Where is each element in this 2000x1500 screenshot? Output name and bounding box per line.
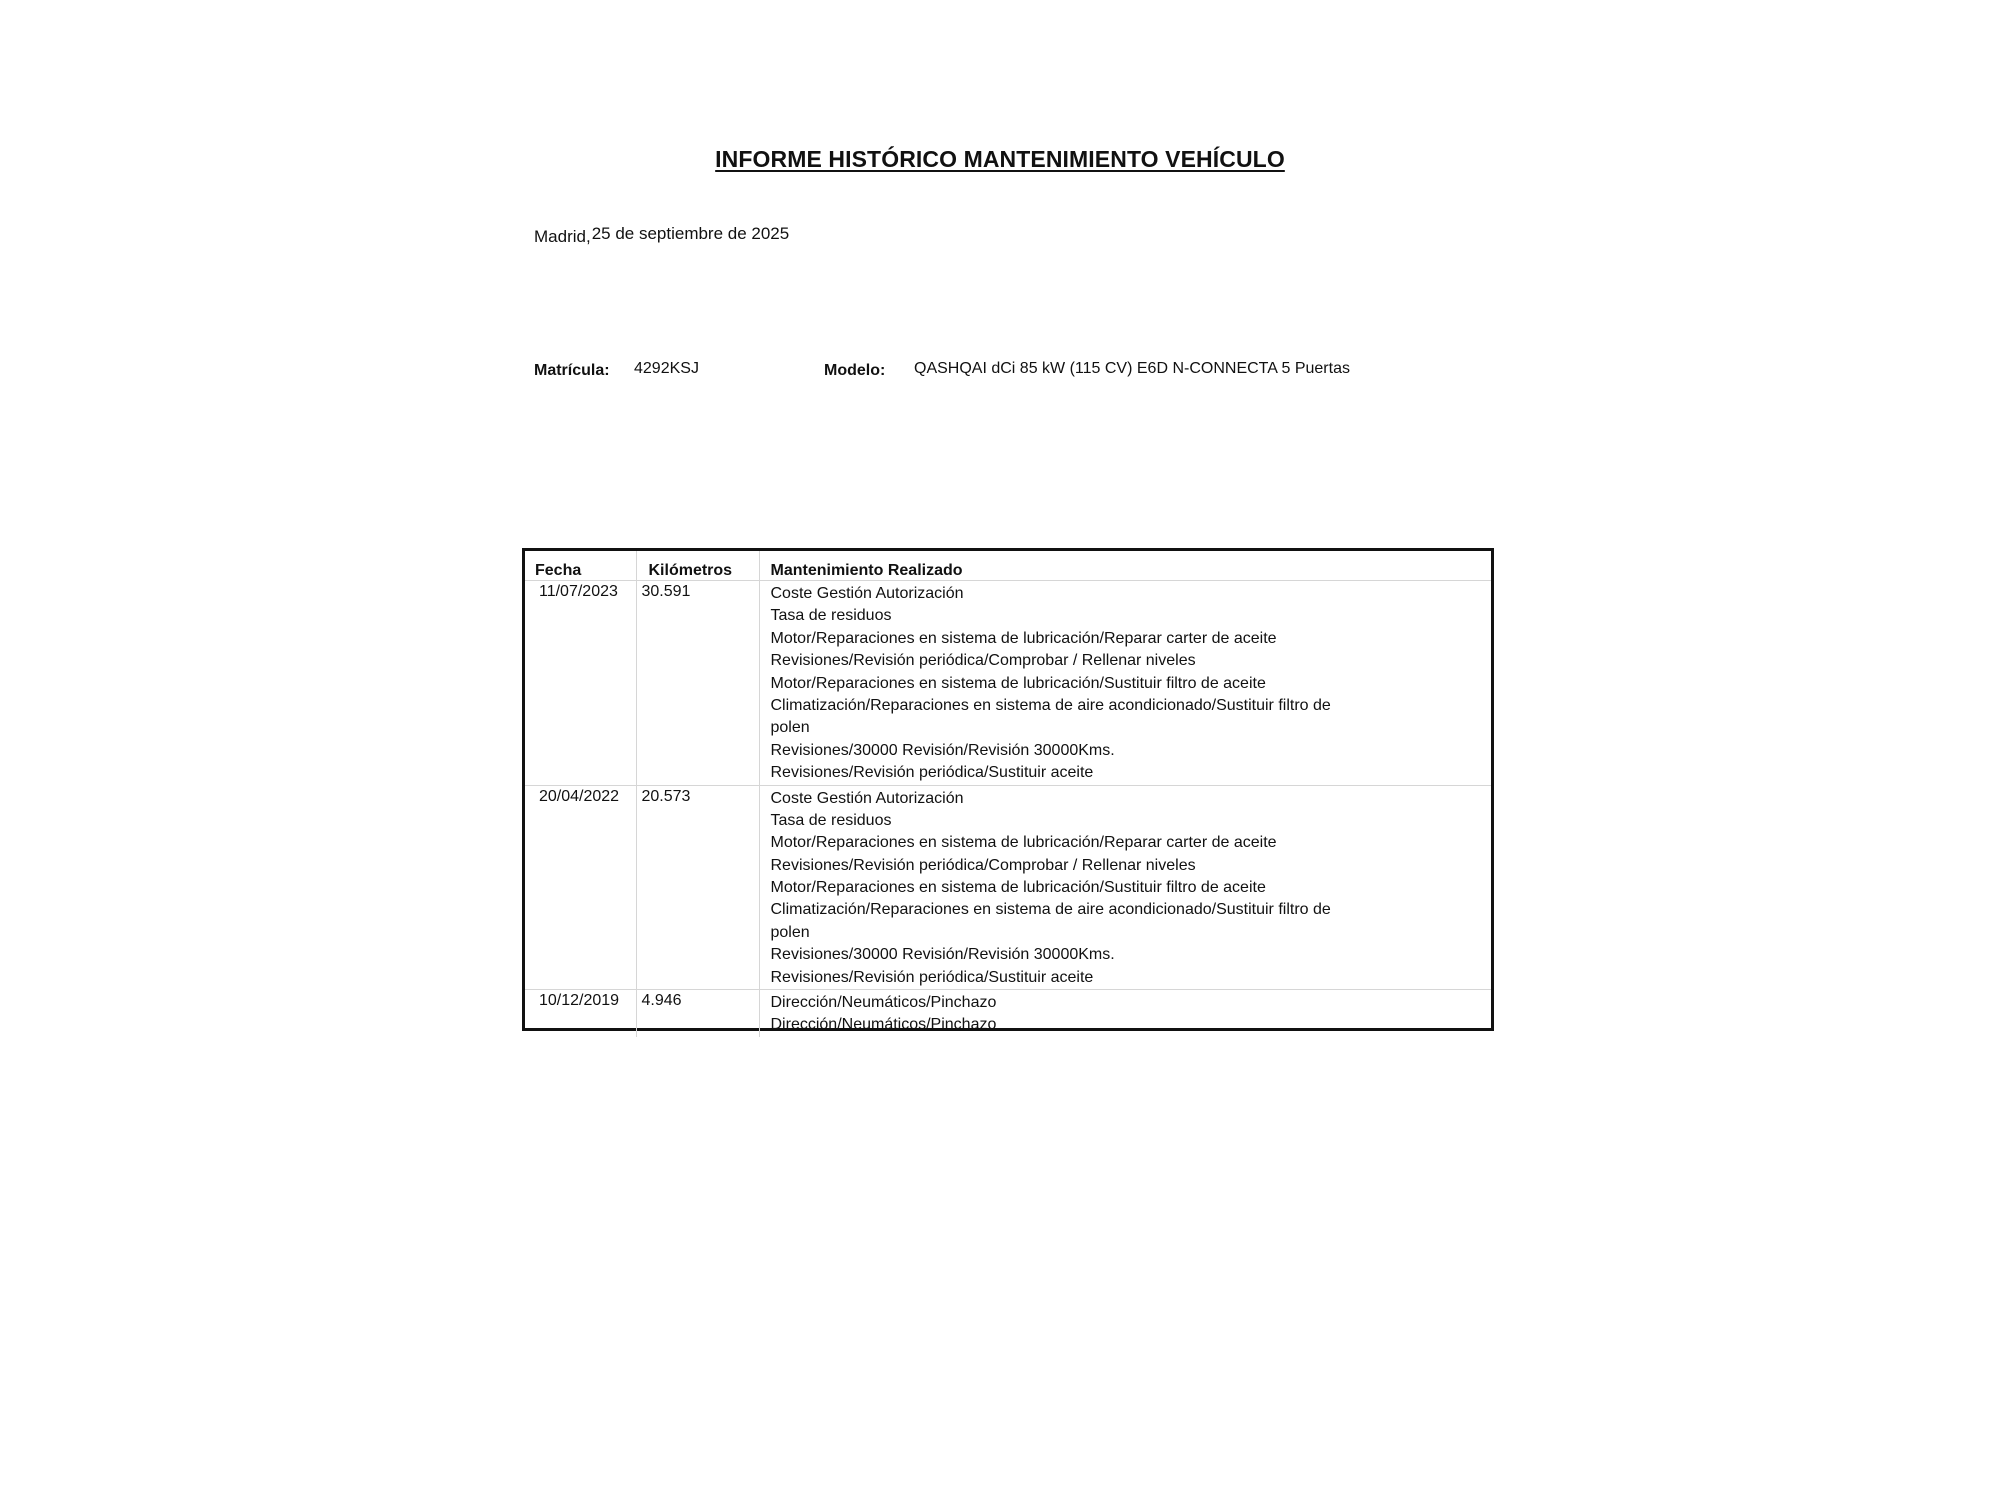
maintenance-item: Climatización/Reparaciones en sistema de… [771, 899, 1492, 921]
maintenance-table: Fecha Kilómetros Mantenimiento Realizado… [522, 548, 1494, 1031]
maintenance-item: Climatización/Reparaciones en sistema de… [771, 695, 1492, 717]
header-maintenance: Mantenimiento Realizado [759, 551, 1491, 581]
row-date: 20/04/2022 [525, 785, 636, 990]
maintenance-item: Revisiones/Revisión periódica/Comprobar … [771, 650, 1492, 672]
maintenance-item: Motor/Reparaciones en sistema de lubrica… [771, 628, 1492, 650]
city: Madrid, [534, 227, 591, 246]
table-row: 10/12/20194.946Dirección/Neumáticos/Pinc… [525, 990, 1491, 1037]
model-value: QASHQAI dCi 85 kW (115 CV) E6D N-CONNECT… [914, 360, 1350, 378]
model-label: Modelo: [824, 362, 885, 380]
maintenance-item: Coste Gestión Autorización [771, 788, 1492, 810]
maintenance-item: Revisiones/Revisión periódica/Sustituir … [771, 762, 1492, 784]
table-row: 11/07/202330.591Coste Gestión Autorizaci… [525, 581, 1491, 786]
place-date: Madrid,25 de septiembre de 2025 [534, 224, 789, 244]
row-date: 10/12/2019 [525, 990, 636, 1037]
maintenance-item: Revisiones/30000 Revisión/Revisión 30000… [771, 740, 1492, 762]
maintenance-item: Revisiones/Revisión periódica/Sustituir … [771, 967, 1492, 989]
maintenance-item: polen [771, 922, 1492, 944]
plate-value: 4292KSJ [634, 360, 699, 378]
row-km: 4.946 [636, 990, 759, 1037]
maintenance-item: Motor/Reparaciones en sistema de lubrica… [771, 877, 1492, 899]
row-maintenance: Coste Gestión AutorizaciónTasa de residu… [759, 785, 1491, 990]
row-km: 30.591 [636, 581, 759, 786]
maintenance-item: Revisiones/30000 Revisión/Revisión 30000… [771, 944, 1492, 966]
maintenance-item: Revisiones/Revisión periódica/Comprobar … [771, 855, 1492, 877]
row-maintenance: Coste Gestión AutorizaciónTasa de residu… [759, 581, 1491, 786]
row-maintenance: Dirección/Neumáticos/PinchazoDirección/N… [759, 990, 1491, 1037]
row-km: 20.573 [636, 785, 759, 990]
maintenance-item: Dirección/Neumáticos/Pinchazo [771, 1014, 1492, 1036]
table-header-row: Fecha Kilómetros Mantenimiento Realizado [525, 551, 1491, 581]
maintenance-item: Tasa de residuos [771, 605, 1492, 627]
report-date: 25 de septiembre de 2025 [592, 224, 790, 243]
report-title: INFORME HISTÓRICO MANTENIMIENTO VEHÍCULO [0, 146, 2000, 173]
header-km: Kilómetros [636, 551, 759, 581]
maintenance-item: Dirección/Neumáticos/Pinchazo [771, 992, 1492, 1014]
maintenance-item: polen [771, 717, 1492, 739]
row-date: 11/07/2023 [525, 581, 636, 786]
maintenance-item: Coste Gestión Autorización [771, 583, 1492, 605]
maintenance-item: Tasa de residuos [771, 810, 1492, 832]
maintenance-item: Motor/Reparaciones en sistema de lubrica… [771, 673, 1492, 695]
header-date: Fecha [525, 551, 636, 581]
plate-label: Matrícula: [534, 362, 610, 380]
table-row: 20/04/202220.573Coste Gestión Autorizaci… [525, 785, 1491, 990]
maintenance-item: Motor/Reparaciones en sistema de lubrica… [771, 832, 1492, 854]
